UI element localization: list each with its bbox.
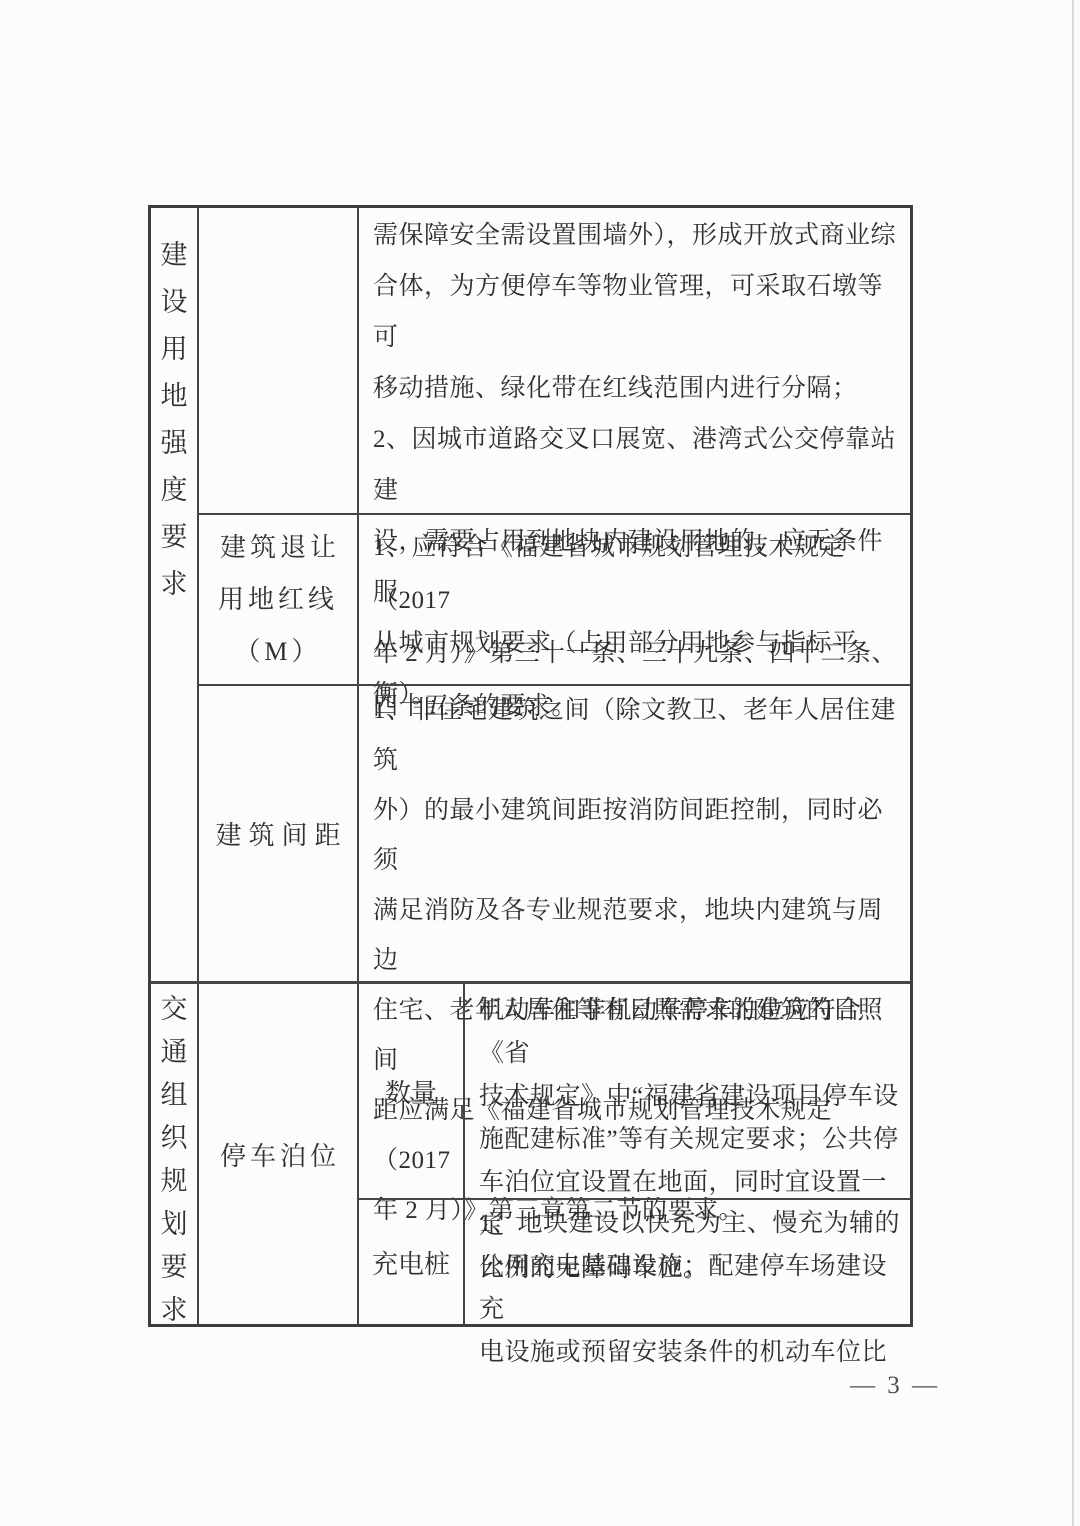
- section1-row2-label-text: 建筑退让 用地红线 （M）: [216, 522, 340, 678]
- section1-vertical-header-text: 建设用地强度要求: [159, 208, 189, 981]
- section1-row3-content-cell: 1、非住宅建筑之间（除文教卫、老年人居住建筑 外）的最小建筑间距按消防间距控制，…: [359, 686, 910, 984]
- section2-row2-content-cell: 1、地块建设以快充为主、慢充为辅的 公用充电基础设施；配建停车场建设充 电设施或…: [465, 1200, 910, 1324]
- scan-edge-artifact: [1072, 0, 1074, 1526]
- section2-vertical-header-cell: 交通组织规划要求: [151, 984, 199, 1324]
- section2-vertical-header-text: 交通组织规划要求: [159, 984, 189, 1324]
- section2-row1-label-text: 数量: [385, 1073, 437, 1110]
- section2-group-label-cell: 停车泊位: [199, 984, 359, 1324]
- section2-row1-label-cell: 数量: [359, 984, 465, 1200]
- section2-group-label-text: 停车泊位: [216, 1136, 340, 1173]
- section2-row1-content-cell: 机动车和非机动车停车泊位应符合《省 技术规定》中“福建省建设项目停车设 施配建标…: [465, 984, 910, 1200]
- section1-row2-content-cell: 1、应符合《福建省城市规划管理技术规定（2017 年 2 月）》第三十一条、三十…: [359, 515, 910, 686]
- section1-row3-label-cell: 建筑间距: [199, 686, 359, 984]
- requirements-table: 建设用地强度要求 需保障安全需设置围墙外），形成开放式商业综 合体，为方便停车等…: [148, 205, 913, 1327]
- section2-row2-label-text: 充电桩: [372, 1244, 450, 1281]
- page-number: — 3 —: [845, 1372, 945, 1400]
- section2-row2-label-cell: 充电桩: [359, 1200, 465, 1324]
- section2-row2-content-text: 1、地块建设以快充为主、慢充为辅的 公用充电基础设施；配建停车场建设充 电设施或…: [465, 1200, 910, 1374]
- section1-vertical-header-cell: 建设用地强度要求: [151, 208, 199, 984]
- section1-row2-label-cell: 建筑退让 用地红线 （M）: [199, 515, 359, 686]
- section1-row3-label-text: 建筑间距: [208, 815, 347, 852]
- scanned-document-page: 建设用地强度要求 需保障安全需设置围墙外），形成开放式商业综 合体，为方便停车等…: [0, 0, 1080, 1526]
- section1-row1-label-cell: [199, 208, 359, 515]
- section1-row1-content-cell: 需保障安全需设置围墙外），形成开放式商业综 合体，为方便停车等物业管理，可采取石…: [359, 208, 910, 515]
